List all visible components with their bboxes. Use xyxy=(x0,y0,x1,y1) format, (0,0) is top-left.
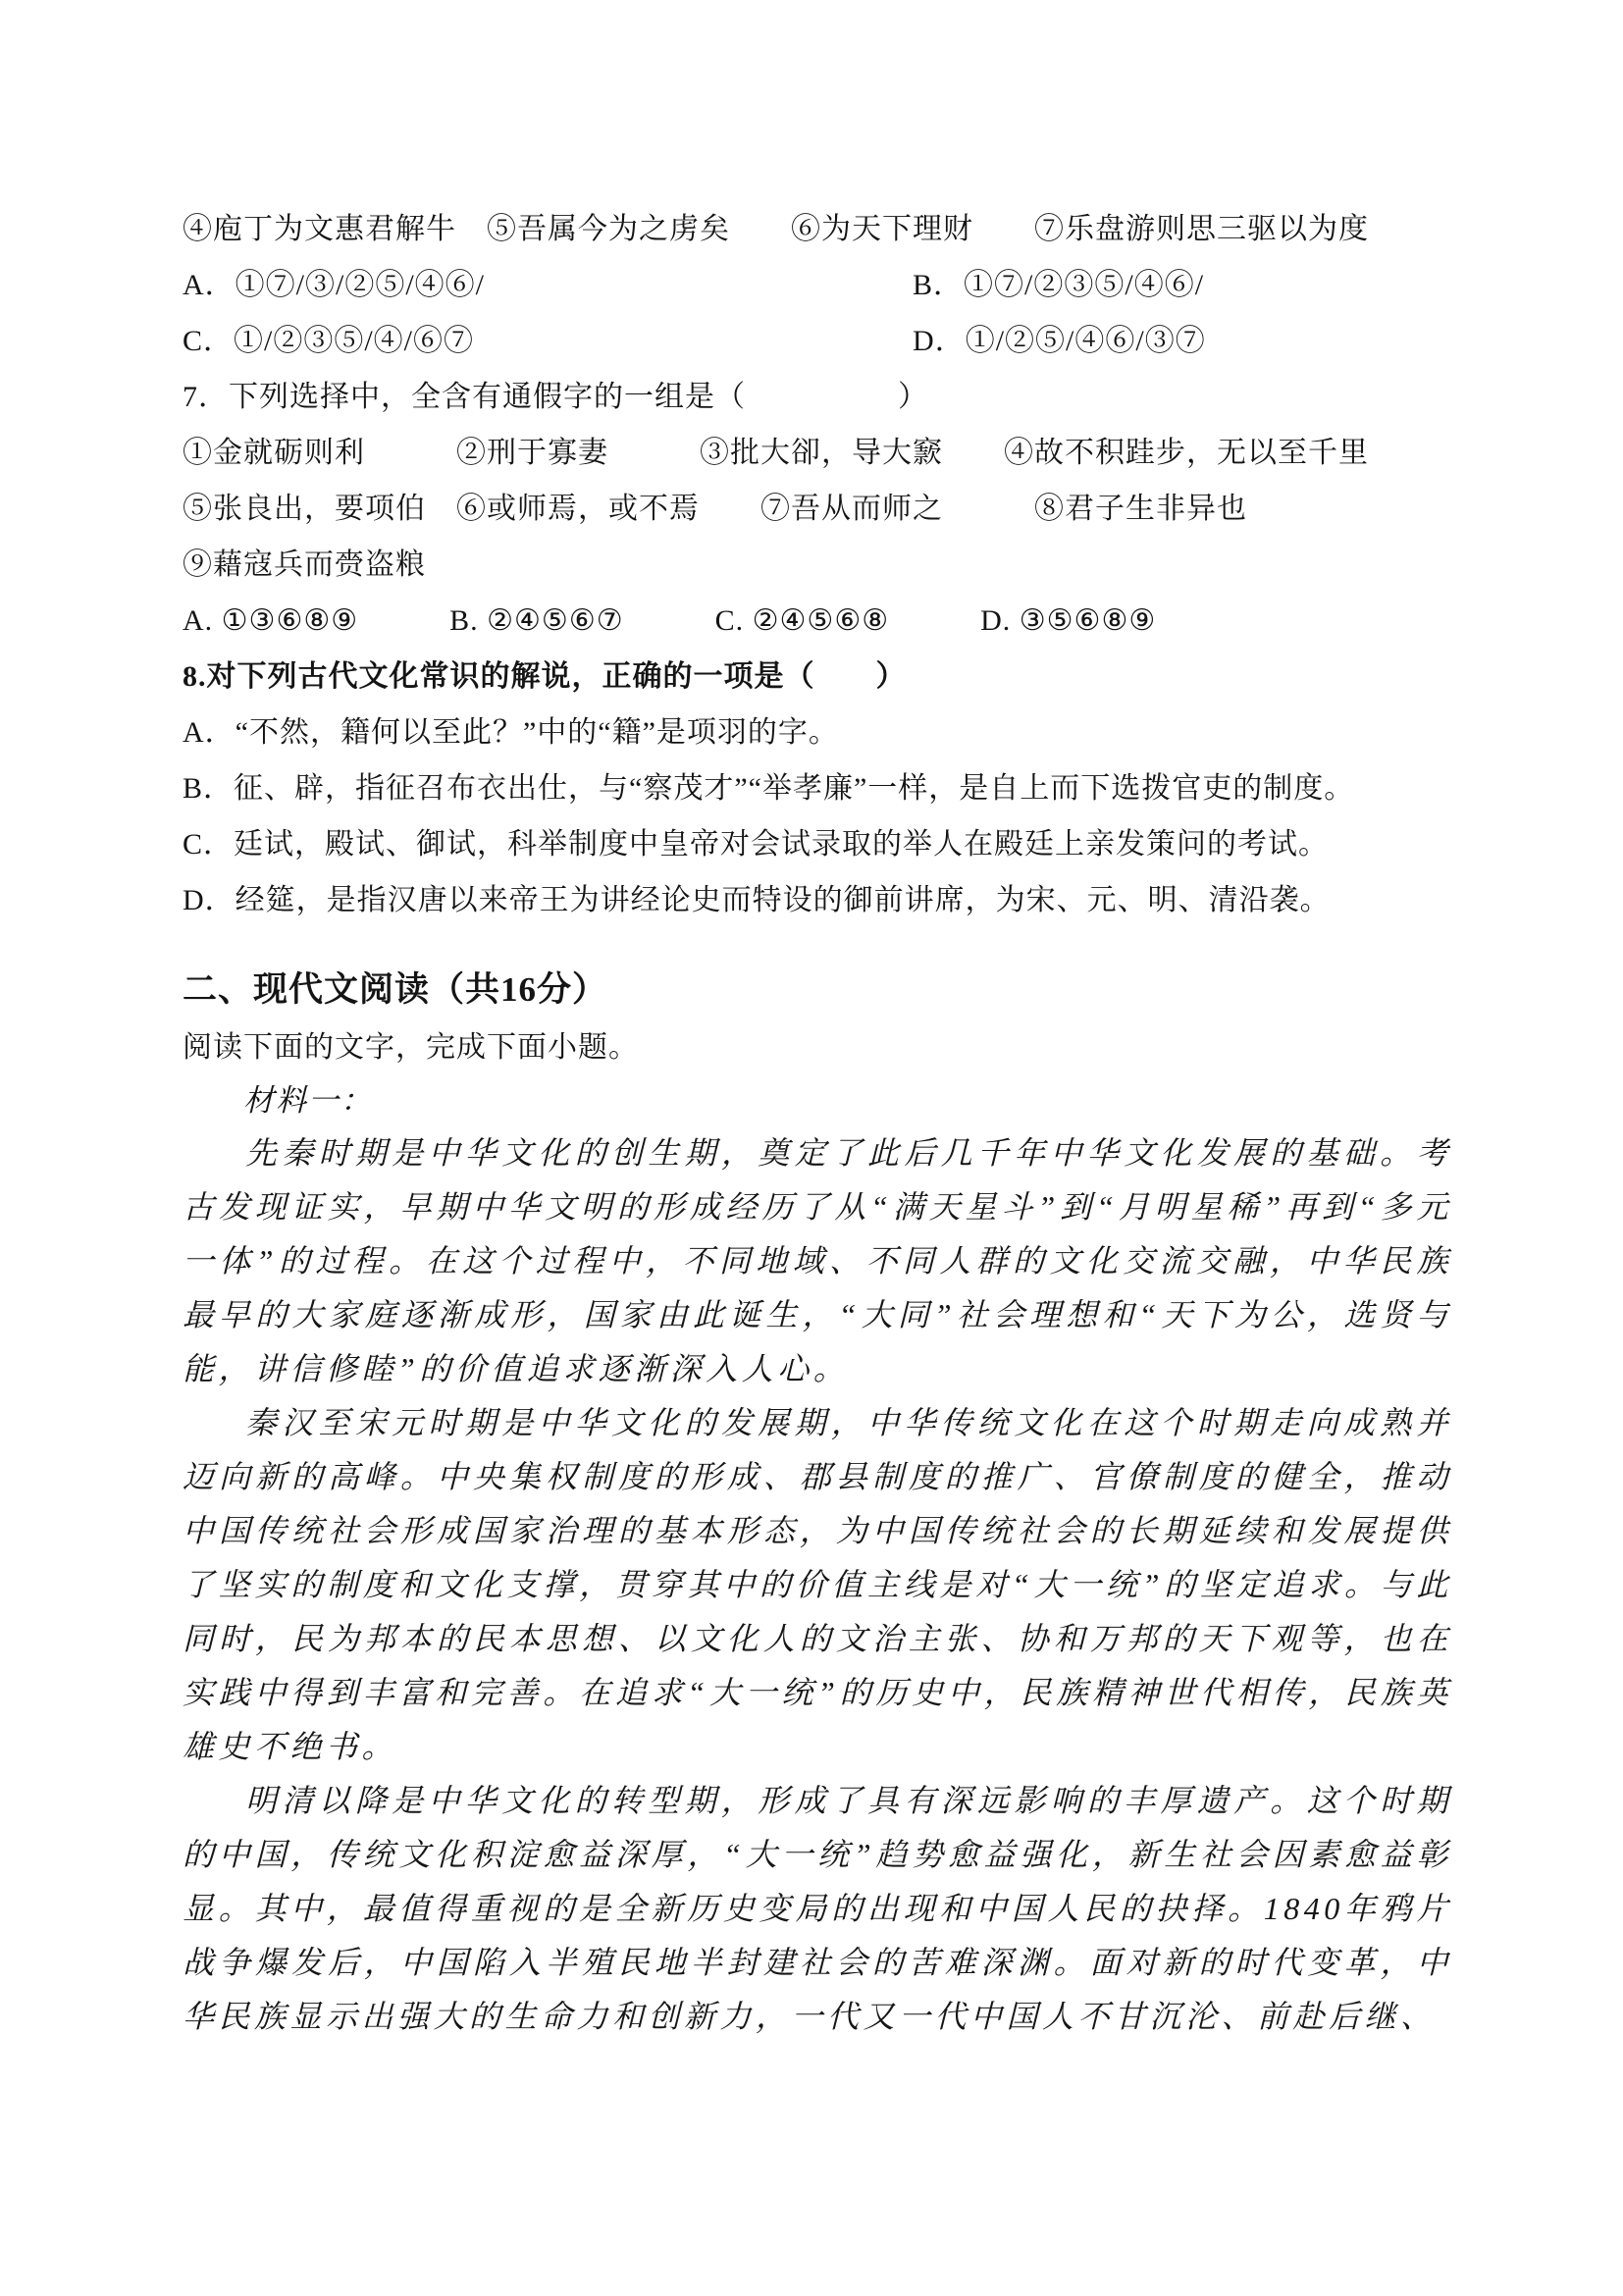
q7-items-line-3: ⑨藉寇兵而赍盗粮 xyxy=(183,537,1452,593)
q6-options-row-ab: A．①⑦/③/②⑤/④⑥/ B．①⑦/②③⑤/④⑥/ xyxy=(183,257,1452,313)
q8-option-b: B．征、辟，指征召布衣出仕，与“察茂才”“举孝廉”一样，是自上而下选拨官吏的制度… xyxy=(183,760,1452,816)
q8-option-c: C．廷试，殿试、御试，科举制度中皇帝对会试录取的举人在殿廷上亲发策问的考试。 xyxy=(183,816,1452,872)
q6-options-row-cd: C．①/②③⑤/④/⑥⑦ D．①/②⑤/④⑥/③⑦ xyxy=(183,313,1452,369)
section-2-heading: 二、现代文阅读（共16分） xyxy=(183,960,1452,1020)
section-2-intro: 阅读下面的文字，完成下面小题。 xyxy=(183,1020,1452,1075)
q6-option-b: B．①⑦/②③⑤/④⑥/ xyxy=(913,257,1452,313)
q7-options-line: A. ①③⑥⑧⑨ B. ②④⑤⑥⑦ C. ②④⑤⑥⑧ D. ③⑤⑥⑧⑨ xyxy=(183,593,1452,649)
material-1-label: 材料一： xyxy=(183,1075,1452,1126)
q6-option-c: C．①/②③⑤/④/⑥⑦ xyxy=(183,313,913,369)
q8-option-a: A．“不然，籍何以至此？”中的“籍”是项羽的字。 xyxy=(183,704,1452,760)
q6-option-a: A．①⑦/③/②⑤/④⑥/ xyxy=(183,257,913,313)
q8-option-d: D．经筵，是指汉唐以来帝王为讲经论史而特设的御前讲席，为宋、元、明、清沿袭。 xyxy=(183,872,1452,928)
exam-paper-page: ④庖丁为文惠君解牛 ⑤吾属今为之虏矣 ⑥为天下理财 ⑦乐盘游则思三驱以为度 A．… xyxy=(0,0,1623,2296)
material-1-paragraph-1: 先秦时期是中华文化的创生期，奠定了此后几千年中华文化发展的基础。考古发现证实，早… xyxy=(183,1126,1452,1396)
q7-items-line-1: ①金就砺则利 ②刑于寡妻 ③批大卻，导大窾 ④故不积跬步，无以至千里 xyxy=(183,425,1452,481)
q6-items-line: ④庖丁为文惠君解牛 ⑤吾属今为之虏矣 ⑥为天下理财 ⑦乐盘游则思三驱以为度 xyxy=(183,201,1452,257)
material-1-paragraph-3: 明清以降是中华文化的转型期，形成了具有深远影响的丰厚遗产。这个时期的中国，传统文… xyxy=(183,1774,1452,2044)
q6-option-d: D．①/②⑤/④⑥/③⑦ xyxy=(913,313,1452,369)
q8-stem: 8.对下列古代文化常识的解说，正确的一项是（ ） xyxy=(183,649,1452,704)
q7-stem: 7．下列选择中，全含有通假字的一组是（ ） xyxy=(183,369,1452,425)
q7-items-line-2: ⑤张良出，要项伯 ⑥或师焉，或不焉 ⑦吾从而师之 ⑧君子生非异也 xyxy=(183,481,1452,537)
material-1-paragraph-2: 秦汉至宋元时期是中华文化的发展期，中华传统文化在这个时期走向成熟并迈向新的高峰。… xyxy=(183,1396,1452,1774)
